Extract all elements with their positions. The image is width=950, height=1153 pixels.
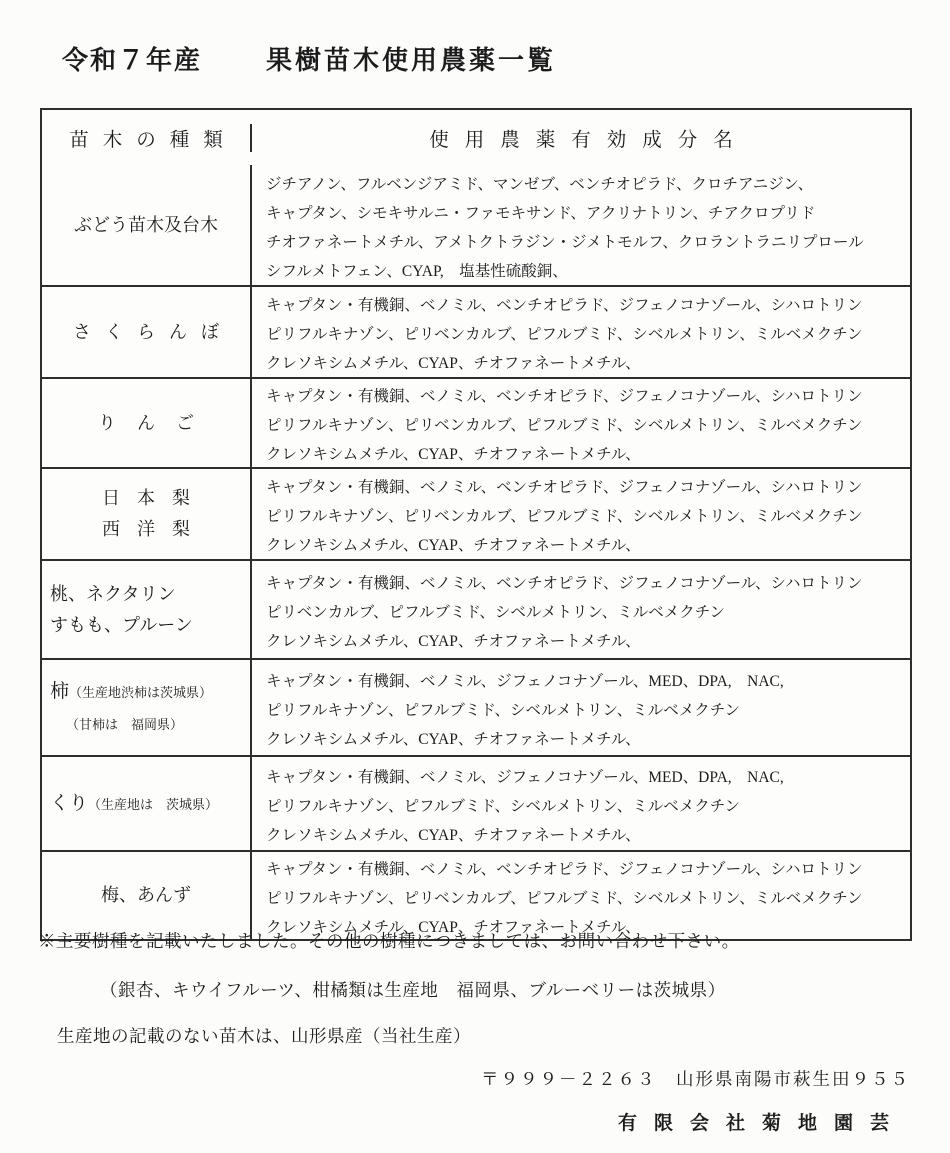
ingredient-line: キャプタン・有機銅、ベノミル、ベンチオピラド、ジフェノコナゾール、シハロトリン: [266, 569, 902, 598]
species-label-line: すもも、プルーン: [50, 610, 193, 641]
species-label-line: 桃、ネクタリン: [50, 579, 176, 610]
ingredients-cell: キャプタン・有機銅、ベノミル、ベンチオピラド、ジフェノコナゾール、シハロトリンピ…: [252, 852, 910, 939]
ingredient-line: ピリフルキナゾン、ピフルブミド、シベルメトリン、ミルベメクチン: [266, 696, 902, 725]
table-row: りんごキャプタン・有機銅、ベノミル、ベンチオピラド、ジフェノコナゾール、シハロト…: [42, 377, 910, 467]
ingredients-cell: キャプタン・有機銅、ベノミル、ベンチオピラド、ジフェノコナゾール、シハロトリンピ…: [252, 287, 910, 377]
note-main: ※主要樹種を記載いたしました。その他の樹種につきましては、お問い合わせ下さい。: [38, 928, 740, 953]
table-header-row: 苗木の種類 使用農薬有効成分名: [42, 110, 910, 165]
species-cell: さくらんぼ: [42, 287, 252, 377]
header-ingredients-label: 使用農薬有効成分名: [413, 124, 749, 152]
ingredients-cell: キャプタン・有機銅、ベノミル、ベンチオピラド、ジフェノコナゾール、シハロトリンピ…: [252, 561, 910, 658]
species-label-line: くり（生産地は 茨城県）: [50, 788, 218, 820]
species-label-line: 西洋梨: [85, 514, 207, 545]
page-title: 令和７年産果樹苗木使用農薬一覧: [62, 40, 556, 77]
ingredients-cell: キャプタン・有機銅、ベノミル、ジフェノコナゾール、MED、DPA, NAC,ピリ…: [252, 757, 910, 850]
species-cell: 柿（生産地渋柿は茨城県）（甘柿は 福岡県）: [42, 660, 252, 755]
ingredient-line: クレソキシムメチル、CYAP、チオファネートメチル、: [266, 440, 902, 469]
species-name: 桃、ネクタリン: [50, 584, 176, 604]
species-name: さくらんぼ: [73, 322, 233, 342]
species-origin-note: （生産地は 茨城県）: [88, 797, 218, 812]
table-row: 日本梨西洋梨キャプタン・有機銅、ベノミル、ベンチオピラド、ジフェノコナゾール、シ…: [42, 467, 910, 559]
ingredients-cell: キャプタン・有機銅、ベノミル、ベンチオピラド、ジフェノコナゾール、シハロトリンピ…: [252, 469, 910, 559]
species-origin-note: （生産地渋柿は茨城県）: [69, 685, 212, 700]
species-name: 梅、あんず: [101, 885, 191, 905]
species-cell: 日本梨西洋梨: [42, 469, 252, 559]
note-local-production: 生産地の記載のない苗木は、山形県産（当社生産）: [57, 1023, 471, 1048]
species-cell: ぶどう苗木及台木: [42, 165, 252, 285]
table-row: ぶどう苗木及台木ジチアノン、フルベンジアミド、マンゼブ、ベンチオピラド、クロチア…: [42, 165, 910, 285]
ingredient-line: ピリフルキナゾン、ピリベンカルブ、ピフルブミド、シベルメトリン、ミルベメクチン: [266, 884, 902, 913]
ingredient-line: キャプタン・有機銅、ベノミル、ベンチオピラド、ジフェノコナゾール、シハロトリン: [266, 473, 902, 502]
species-label-line: 柿（生産地渋柿は茨城県）: [50, 676, 212, 708]
ingredient-line: キャプタン・有機銅、ベノミル、ベンチオピラド、ジフェノコナゾール、シハロトリン: [266, 855, 902, 884]
species-name: すもも、プルーン: [50, 615, 193, 635]
species-name: 柿: [50, 681, 69, 702]
ingredient-line: ピリフルキナゾン、ピフルブミド、シベルメトリン、ミルベメクチン: [266, 792, 902, 821]
species-label-line: 梅、あんず: [101, 880, 191, 911]
ingredient-line: シフルメトフェン、CYAP, 塩基性硫酸銅、: [266, 257, 902, 286]
ingredient-line: クレソキシムメチル、CYAP、チオファネートメチル、: [266, 725, 902, 754]
species-cell: くり（生産地は 茨城県）: [42, 757, 252, 850]
ingredient-line: クレソキシムメチル、CYAP、チオファネートメチル、: [266, 627, 902, 656]
table-row: 柿（生産地渋柿は茨城県）（甘柿は 福岡県）キャプタン・有機銅、ベノミル、ジフェノ…: [42, 658, 910, 755]
ingredients-cell: ジチアノン、フルベンジアミド、マンゼブ、ベンチオピラド、クロチアニジン、キャプタ…: [252, 165, 910, 285]
species-name: ぶどう苗木及台木: [74, 215, 218, 235]
title-main: 果樹苗木使用農薬一覧: [266, 46, 556, 75]
species-cell: りんご: [42, 379, 252, 467]
table-row: くり（生産地は 茨城県）キャプタン・有機銅、ベノミル、ジフェノコナゾール、MED…: [42, 755, 910, 850]
species-label-line: ぶどう苗木及台木: [74, 210, 218, 241]
species-name: りんご: [98, 413, 215, 433]
ingredients-cell: キャプタン・有機銅、ベノミル、ジフェノコナゾール、MED、DPA, NAC,ピリ…: [252, 660, 910, 755]
species-label-line: りんご: [77, 408, 215, 439]
ingredient-line: ピリフルキナゾン、ピリベンカルブ、ピフルブミド、シベルメトリン、ミルベメクチン: [266, 320, 902, 349]
header-ingredients-cell: 使用農薬有効成分名: [252, 124, 910, 152]
species-cell: 桃、ネクタリンすもも、プルーン: [42, 561, 252, 658]
ingredient-line: クレソキシムメチル、CYAP、チオファネートメチル、: [266, 531, 902, 560]
species-label-line: （甘柿は 福岡県）: [50, 708, 183, 740]
table-body: ぶどう苗木及台木ジチアノン、フルベンジアミド、マンゼブ、ベンチオピラド、クロチア…: [42, 165, 910, 939]
document-page: { "title": { "era": "令和７年産", "main": "果樹…: [0, 0, 950, 1153]
header-species-label: 苗木の種類: [55, 124, 237, 152]
title-production-year: 令和７年産: [62, 46, 202, 75]
ingredient-line: キャプタン・有機銅、ベノミル、ベンチオピラド、ジフェノコナゾール、シハロトリン: [266, 291, 902, 320]
pesticide-table: 苗木の種類 使用農薬有効成分名 ぶどう苗木及台木ジチアノン、フルベンジアミド、マ…: [40, 108, 912, 941]
postal-address: 〒９９９－２２６３ 山形県南陽市萩生田９５５: [481, 1066, 910, 1091]
company-name: 有限会社菊地園芸: [618, 1108, 906, 1135]
ingredient-line: キャプタン・有機銅、ベノミル、ジフェノコナゾール、MED、DPA, NAC,: [266, 667, 902, 696]
species-name: 日本梨: [102, 488, 207, 508]
table-row: 桃、ネクタリンすもも、プルーンキャプタン・有機銅、ベノミル、ベンチオピラド、ジフ…: [42, 559, 910, 658]
species-name: くり: [50, 793, 88, 814]
ingredient-line: ピリフルキナゾン、ピリベンカルブ、ピフルブミド、シベルメトリン、ミルベメクチン: [266, 502, 902, 531]
ingredient-line: チオファネートメチル、アメトクトラジン・ジメトモルフ、クロラントラニリプロール: [266, 228, 902, 257]
table-row: 梅、あんずキャプタン・有機銅、ベノミル、ベンチオピラド、ジフェノコナゾール、シハ…: [42, 850, 910, 939]
ingredient-line: ピリベンカルブ、ピフルブミド、シベルメトリン、ミルベメクチン: [266, 598, 902, 627]
species-origin-note: （甘柿は 福岡県）: [66, 717, 183, 732]
species-name: 西洋梨: [102, 519, 207, 539]
ingredient-line: クレソキシムメチル、CYAP、チオファネートメチル、: [266, 821, 902, 850]
header-species-cell: 苗木の種類: [42, 124, 252, 152]
ingredient-line: ジチアノン、フルベンジアミド、マンゼブ、ベンチオピラド、クロチアニジン、: [266, 170, 902, 199]
ingredient-line: キャプタン・有機銅、ベノミル、ベンチオピラド、ジフェノコナゾール、シハロトリン: [266, 382, 902, 411]
species-cell: 梅、あんず: [42, 852, 252, 939]
ingredient-line: キャプタン、シモキサルニ・ファモキサンド、アクリナトリン、チアクロプリド: [266, 199, 902, 228]
ingredient-line: キャプタン・有機銅、ベノミル、ジフェノコナゾール、MED、DPA, NAC,: [266, 763, 902, 792]
ingredient-line: ピリフルキナゾン、ピリベンカルブ、ピフルブミド、シベルメトリン、ミルベメクチン: [266, 411, 902, 440]
species-label-line: さくらんぼ: [59, 317, 233, 348]
table-row: さくらんぼキャプタン・有機銅、ベノミル、ベンチオピラド、ジフェノコナゾール、シハ…: [42, 285, 910, 377]
note-origin: （銀杏、キウイフルーツ、柑橘類は生産地 福岡県、ブルーベリーは茨城県）: [100, 977, 726, 1002]
species-label-line: 日本梨: [85, 483, 207, 514]
ingredient-line: クレソキシムメチル、CYAP、チオファネートメチル、: [266, 349, 902, 378]
ingredients-cell: キャプタン・有機銅、ベノミル、ベンチオピラド、ジフェノコナゾール、シハロトリンピ…: [252, 379, 910, 467]
